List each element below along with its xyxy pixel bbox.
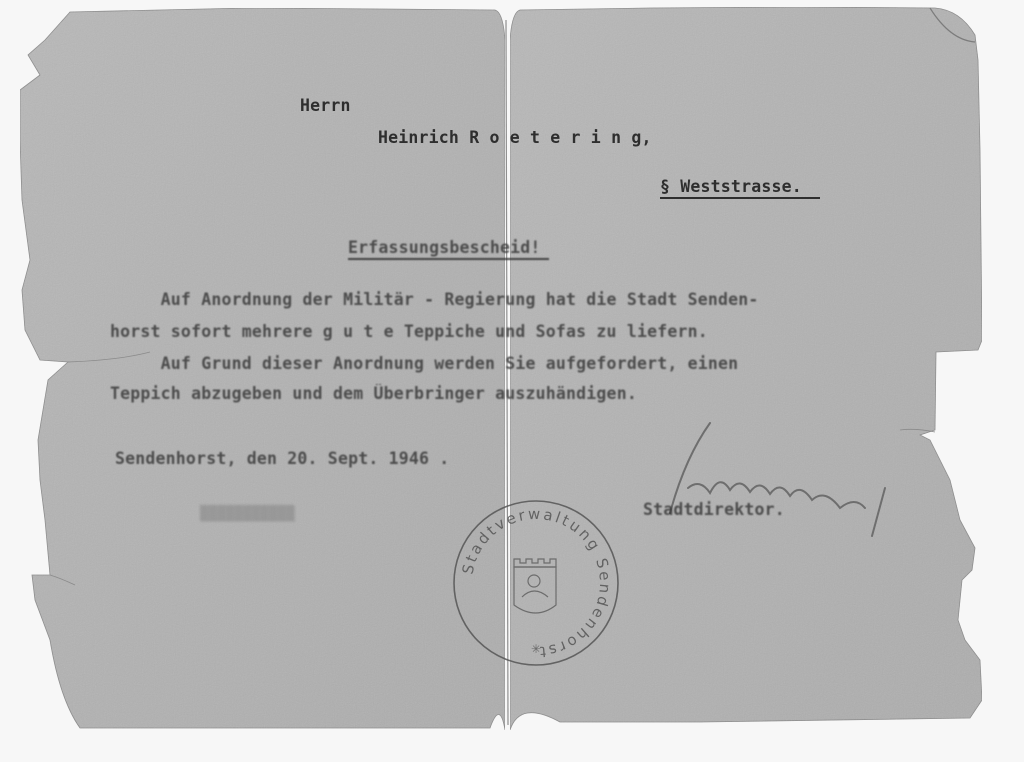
official-stamp: Stadtverwaltung Sendenhorst ✳: [450, 497, 622, 669]
document-photo: Herrn Heinrich R o e t e r i n g, § West…: [0, 0, 1024, 762]
coat-of-arms-icon: [514, 559, 556, 613]
stamp-star-icon: ✳: [531, 642, 541, 656]
body-line-1: Auf Anordnung der Militär - Regierung ha…: [110, 290, 759, 309]
body-line-3: Auf Grund dieser Anordnung werden Sie au…: [110, 354, 738, 373]
handwritten-signature: [640, 418, 900, 548]
place-date: Sendenhorst, den 20. Sept. 1946 .: [115, 449, 449, 468]
document-title: Erfassungsbescheid!: [348, 238, 549, 260]
faint-smudge: ▒▒▒▒▒▒▒▒▒▒▒: [200, 506, 295, 522]
body-line-4: Teppich abzugeben und dem Überbringer au…: [110, 384, 637, 403]
svg-text:Stadtverwaltung Sendenhorst: Stadtverwaltung Sendenhorst: [459, 505, 615, 661]
body-line-2: horst sofort mehrere g u t e Teppiche un…: [110, 322, 708, 341]
stamp-text: Stadtverwaltung Sendenhorst: [459, 505, 615, 661]
recipient-name: Heinrich R o e t e r i n g,: [378, 128, 652, 147]
recipient-salutation: Herrn: [300, 96, 351, 115]
recipient-address: § Weststrasse.: [660, 177, 820, 199]
signature-title: Stadtdirektor.: [643, 500, 785, 519]
